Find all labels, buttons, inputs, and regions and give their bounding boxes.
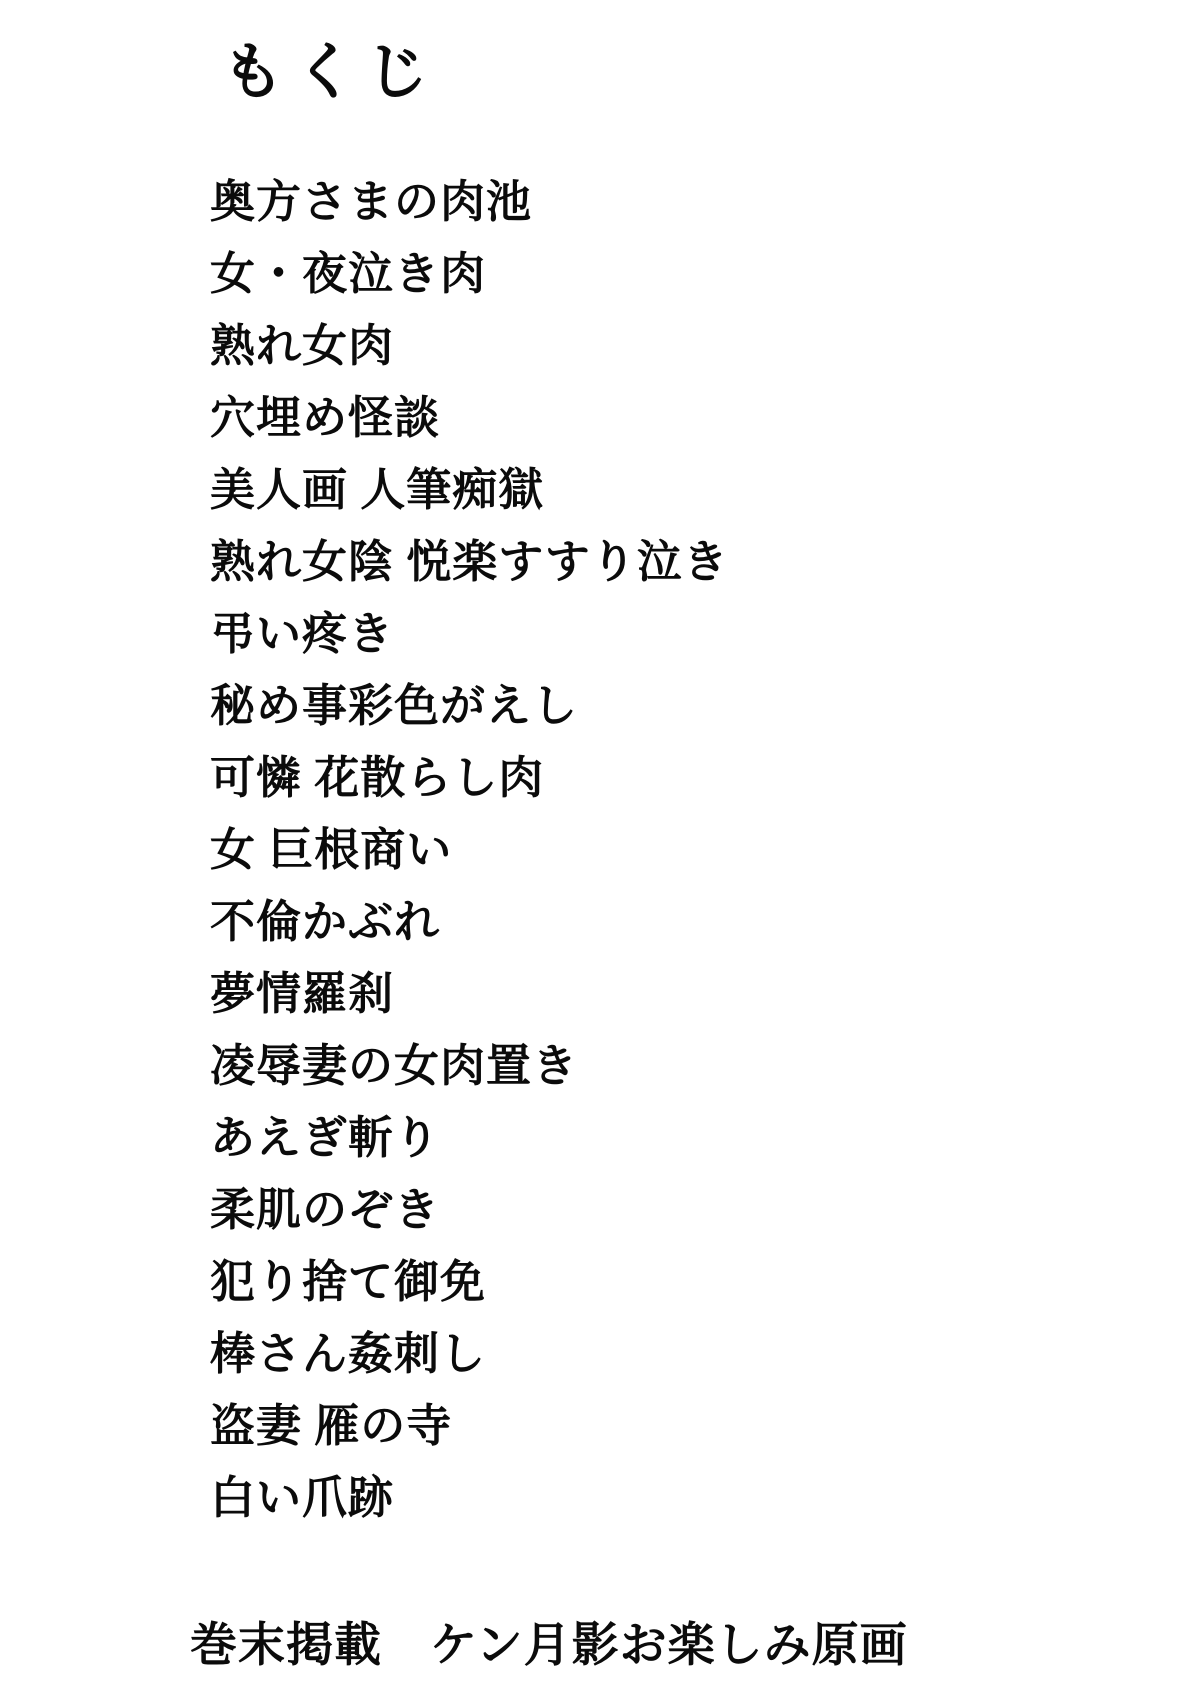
toc-entry: 白い爪跡 [210, 1462, 729, 1534]
toc-entry: 犯り捨て御免 [210, 1246, 729, 1318]
toc-entry: 棒さん姦刺し [210, 1318, 729, 1390]
toc-entry: 可憐 花散らし肉 [210, 742, 729, 814]
toc-entry: 熟れ女陰 悦楽すすり泣き [210, 526, 729, 598]
toc-entry: 凌辱妻の女肉置き [210, 1030, 729, 1102]
toc-list: 奥方さまの肉池 女・夜泣き肉 熟れ女肉 穴埋め怪談 美人画 人筆痴獄 熟れ女陰 … [210, 166, 729, 1534]
toc-entry: 穴埋め怪談 [210, 382, 729, 454]
toc-entry: 夢情羅刹 [210, 958, 729, 1030]
toc-entry: 弔い疼き [210, 598, 729, 670]
toc-entry: 不倫かぶれ [210, 886, 729, 958]
page-title: もくじ [222, 22, 438, 111]
toc-entry: 女・夜泣き肉 [210, 238, 729, 310]
toc-entry: 奥方さまの肉池 [210, 166, 729, 238]
toc-footer-note: 巻末掲載 ケン月影お楽しみ原画 [190, 1608, 908, 1675]
toc-entry: 盗妻 雁の寺 [210, 1390, 729, 1462]
toc-entry: あえぎ斬り [210, 1102, 729, 1174]
toc-entry: 熟れ女肉 [210, 310, 729, 382]
toc-entry: 美人画 人筆痴獄 [210, 454, 729, 526]
toc-entry: 柔肌のぞき [210, 1174, 729, 1246]
toc-entry: 秘め事彩色がえし [210, 670, 729, 742]
toc-entry: 女 巨根商い [210, 814, 729, 886]
toc-page: もくじ 奥方さまの肉池 女・夜泣き肉 熟れ女肉 穴埋め怪談 美人画 人筆痴獄 熟… [0, 0, 1187, 1687]
